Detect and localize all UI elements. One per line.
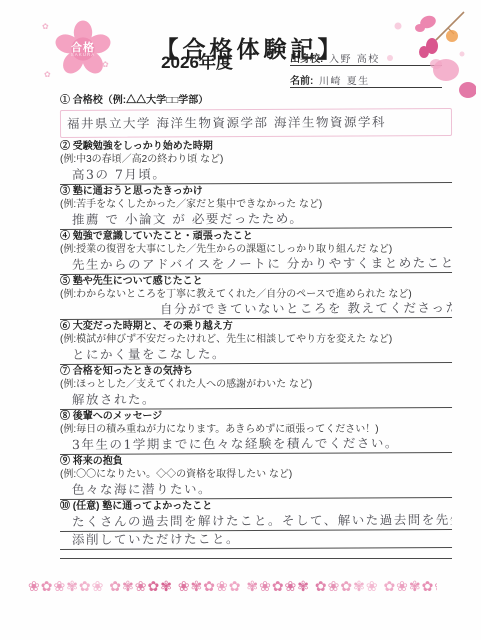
question-example: (例:〇〇になりたい。◇◇の資格を取得したい など) [60, 468, 452, 481]
school-label: 出身校: [290, 50, 329, 65]
question-block: ⑤ 塾や先生について感じたこと (例:わからないところを丁寧に教えてくれた／自分… [60, 275, 452, 319]
question-example: (例:模試が伸びず不安だったけれど、先生に相談してやり方を変えた など) [60, 333, 452, 346]
question-example: (例:授業の復習を大事にした／先生からの課題にしっかり取り組んだ など) [60, 243, 452, 256]
question-block: ⑥ 大変だった時期と、その乗り越え方 (例:模試が伸びず不安だったけれど、先生に… [60, 320, 452, 364]
school-field: 出身校: 入野 高校 [290, 44, 442, 66]
sakura-accent-icon: ✿ [102, 60, 109, 69]
logo-sub-text: SAKURA [54, 52, 112, 57]
identity-fields: 出身校: 入野 高校 名前: 川崎 夏生 [290, 44, 442, 88]
question-example: (例:苦手をなくしたかった／家だと集中できなかった など) [60, 198, 452, 211]
question-text: (任意) 塾に通ってよかったこと [73, 501, 212, 512]
question-block: ⑩ (任意) 塾に通ってよかったこと たくさんの過去問を解けたこと。そして、解い… [60, 500, 452, 559]
question-example: (例:わからないところを丁寧に教えてくれた／自分のペースで進められた など) [60, 288, 452, 301]
question-example: (例:ほっとした／支えてくれた人への感謝がわいた など) [60, 378, 452, 391]
question-number: ⑤ [60, 276, 70, 287]
form-header: 合格 SAKURA ✿ ✿ ✿ 【合格体験記】 2026年度 出身校: 入野 高… [60, 14, 452, 92]
question-number: ① [60, 95, 70, 106]
question-text: 将来の抱負 [73, 456, 123, 467]
sakura-accent-icon: ✿ [42, 22, 49, 31]
question-number: ② [60, 141, 70, 152]
question-block: ④ 勉強で意識していたこと・頑張ったこと (例:授業の復習を大事にした／先生から… [60, 230, 452, 274]
question-block: ② 受験勉強をしっかり始めた時期 (例:中3の春頃／高2の終わり頃 など) 高3… [60, 140, 452, 184]
answer-line: 推薦 で 小論文 が 必要だったため。 [60, 210, 452, 230]
sakura-garland: ❀✿❀✾✿❀ ✿✾❀✿✾ ❀✾✿❀✿ ✾❀✿❀✾ ✿❀✿✾❀ ✿❀✾✿❀ ✾✿❀… [28, 578, 437, 604]
question-title: ③ 塾に通おうと思ったきっかけ [60, 185, 452, 198]
answer-line: 高3の 7月頃。 [60, 165, 452, 185]
question-block: ① 合格校（例:△△大学□□学部） 福井県立大学 海洋生物資源学部 海洋生物資源… [60, 94, 452, 137]
question-number: ⑦ [60, 366, 70, 377]
question-number: ⑩ [60, 501, 70, 512]
question-text: 受験勉強をしっかり始めた時期 [73, 141, 213, 152]
answer-line: 色々な海に潜りたい。 [60, 480, 452, 500]
question-title: ⑤ 塾や先生について感じたこと [60, 275, 452, 288]
question-number: ⑥ [60, 321, 70, 332]
question-title: ⑨ 将来の抱負 [60, 455, 452, 468]
question-number: ③ [60, 186, 70, 197]
question-block: ⑦ 合格を知ったときの気持ち (例:ほっとした／支えてくれた人への感謝がわいた … [60, 365, 452, 409]
question-title: ⑩ (任意) 塾に通ってよかったこと [60, 500, 452, 513]
question-title: ⑦ 合格を知ったときの気持ち [60, 365, 452, 378]
answer-line: 解放された。 [60, 390, 452, 410]
answer-line: とにかく量をこなした。 [60, 345, 452, 365]
question-list: ① 合格校（例:△△大学□□学部） 福井県立大学 海洋生物資源学部 海洋生物資源… [60, 94, 452, 559]
question-block: ⑨ 将来の抱負 (例:〇〇になりたい。◇◇の資格を取得したい など) 色々な海に… [60, 455, 452, 499]
answer-line: たくさんの過去問を解けたこと。そして、解いた過去問を先生に [60, 512, 452, 532]
year-label: 2026年度 [122, 48, 272, 73]
name-value: 川崎 夏生 [319, 72, 442, 88]
question-text: 塾や先生について感じたこと [73, 276, 203, 287]
sakura-accent-icon: ✿ [44, 70, 51, 79]
gokaku-sakura-logo: 合格 SAKURA ✿ ✿ ✿ [54, 20, 112, 78]
question-title: ⑥ 大変だった時期と、その乗り越え方 [60, 320, 452, 333]
answer-line: 3年生の1学期までに色々な経験を積んでください。 [60, 435, 452, 455]
question-block: ⑧ 後輩へのメッセージ (例:毎日の積み重ねが力になります。あきらめずに頑張って… [60, 410, 452, 454]
question-text: 勉強で意識していたこと・頑張ったこと [73, 231, 253, 242]
answer-line: 自分ができていないところを 教えてくださった。 [60, 300, 452, 320]
answer-line: 添削していただけたこと。 [60, 530, 452, 550]
question-text: 合格校（例:△△大学□□学部） [73, 95, 208, 106]
name-label: 名前: [290, 72, 319, 87]
question-example: (例:中3の春頃／高2の終わり頃 など) [60, 153, 452, 166]
question-example: (例:毎日の積み重ねが力になります。あきらめずに頑張ってください！) [60, 423, 452, 436]
success-story-form: 合格 SAKURA ✿ ✿ ✿ 【合格体験記】 2026年度 出身校: 入野 高… [0, 0, 481, 640]
answer-line: 福井県立大学 海洋生物資源学部 海洋生物資源学科 [60, 108, 452, 138]
question-title: ④ 勉強で意識していたこと・頑張ったこと [60, 230, 452, 243]
answer-line: 先生からのアドバイスをノートに 分かりやすくまとめたこと。 [60, 255, 452, 275]
question-title: ① 合格校（例:△△大学□□学部） [60, 94, 452, 107]
question-number: ④ [60, 231, 70, 242]
question-title: ⑧ 後輩へのメッセージ [60, 410, 452, 423]
name-field: 名前: 川崎 夏生 [290, 66, 442, 88]
school-value: 入野 高校 [329, 50, 442, 66]
question-text: 塾に通おうと思ったきっかけ [73, 186, 203, 197]
question-number: ⑧ [60, 411, 70, 422]
blank-answer-line [60, 549, 452, 559]
question-text: 合格を知ったときの気持ち [73, 366, 193, 377]
question-text: 後輩へのメッセージ [73, 411, 162, 422]
question-number: ⑨ [60, 456, 70, 467]
question-title: ② 受験勉強をしっかり始めた時期 [60, 140, 452, 153]
question-text: 大変だった時期と、その乗り越え方 [73, 321, 233, 332]
question-block: ③ 塾に通おうと思ったきっかけ (例:苦手をなくしたかった／家だと集中できなかっ… [60, 185, 452, 229]
